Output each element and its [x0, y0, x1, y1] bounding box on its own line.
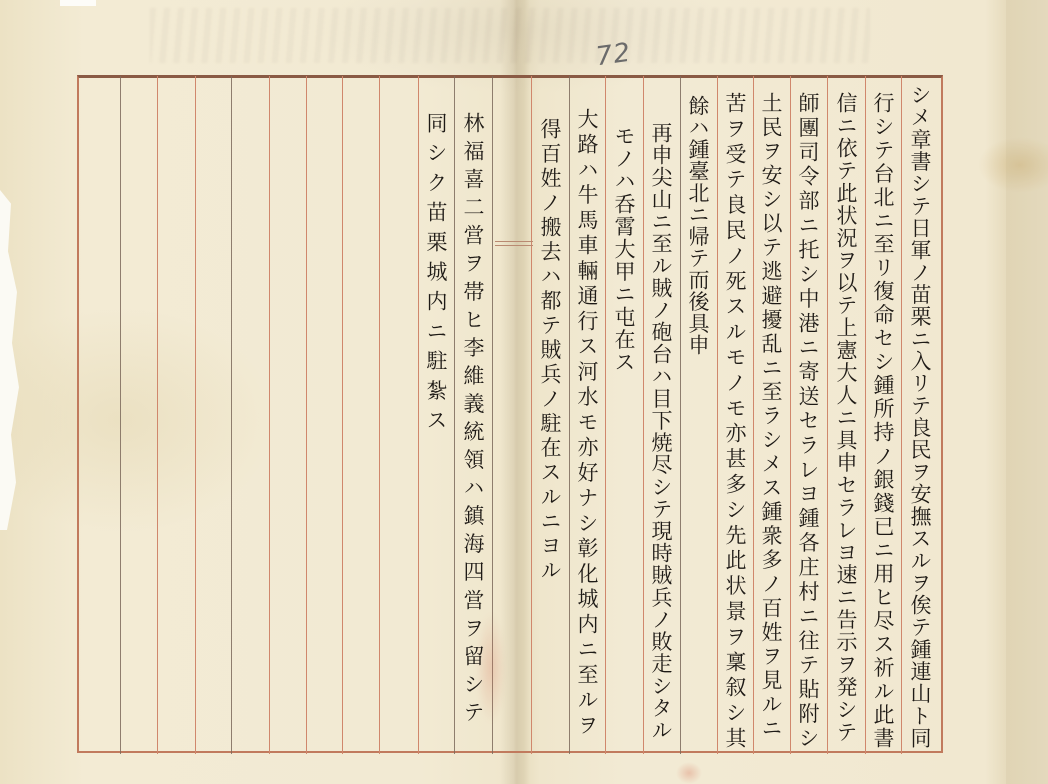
text-column-13: 同シク苗栗城内ニ駐紮ス: [420, 112, 452, 430]
text-column-12: 林福喜二営ヲ帯ヒ李維義統領ハ鎮海四営ヲ留シテ: [457, 112, 489, 722]
ruled-line: [269, 76, 270, 754]
ruled-line: [680, 76, 681, 754]
page-number: 72: [594, 38, 633, 73]
ruled-line: [865, 76, 866, 754]
paper-overlap-band: [1006, 0, 1048, 784]
ruled-line: [827, 76, 828, 754]
text-column-1: シメ章書シテ日軍ノ苗栗ニ入リテ良民ヲ安撫スルヲ俟テ鍾連山ト同: [904, 84, 936, 748]
text-column-9: モノハ呑霄大甲ニ屯在ス: [608, 125, 640, 372]
manuscript-page: 72 シメ章書シテ日軍ノ苗栗ニ入リテ良民ヲ安撫スルヲ俟テ鍾連山ト同 行シテ台北ニ…: [0, 0, 1048, 784]
text-column-7: 餘ハ鍾臺北ニ帰テ而後具申ス: [682, 95, 714, 355]
ruled-line: [643, 76, 644, 754]
ruled-line: [753, 76, 754, 754]
ruled-line: [342, 76, 343, 754]
ruled-line: [717, 76, 718, 754]
ruled-line: [901, 76, 902, 754]
text-column-11: 得百姓ノ搬去ハ都テ賊兵ノ駐在スルニヨル: [534, 118, 566, 580]
torn-paper-edge: [0, 190, 20, 530]
ruled-line: [379, 76, 380, 754]
text-column-8: 再申尖山ニ至ル賊ノ砲台ハ目下焼尽シテ現時賊兵ノ敗走シタル: [645, 122, 677, 740]
ruled-line: [120, 76, 121, 754]
ruled-line: [231, 76, 232, 754]
paper-chip: [60, 0, 96, 6]
text-column-10: 大路ハ牛馬車輛通行ス河水モ亦好ナシ彰化城内ニ至ルヲ: [571, 108, 603, 735]
ruled-line: [306, 76, 307, 754]
text-column-6: 苦ヲ受テ良民ノ死スルモノモ亦甚多シ先此状景ヲ稟叙シ其: [719, 92, 751, 748]
ruled-line: [195, 76, 196, 754]
ruled-line: [605, 76, 606, 754]
text-column-2: 行シテ台北ニ至リ復命セシ鍾所持ノ銀錢已ニ用ヒ尽ス祈ル此書: [867, 92, 899, 748]
ruled-line: [790, 76, 791, 754]
ruled-line: [569, 76, 570, 754]
binding-mark: [495, 245, 533, 246]
ruled-line: [531, 76, 532, 754]
binding-mark: [495, 241, 533, 242]
ruled-line: [418, 76, 419, 754]
text-column-4: 師團司令部ニ托シ中港ニ寄送セラレヨ鍾各庄村ニ往テ貼附シ: [792, 92, 824, 748]
ruled-line: [454, 76, 455, 754]
faint-red-mark: [676, 762, 702, 784]
text-column-5: 土民ヲ安シ以テ逃避擾乱ニ至ラシメス鍾衆多ノ百姓ヲ見ルニ: [755, 92, 787, 738]
text-column-3: 信ニ依テ此状況ヲ以テ上憲大人ニ具申セラレヨ速ニ告示ヲ発シテ: [830, 92, 862, 742]
ruled-line: [157, 76, 158, 754]
